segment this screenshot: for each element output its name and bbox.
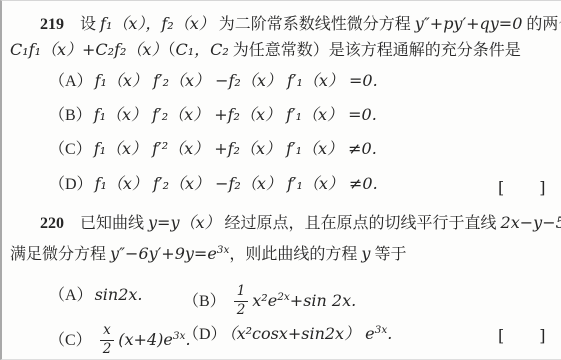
- option-a-formula: f₁（x） f′₂（x） −f₂（x） f′₁（x） =0.: [95, 73, 378, 90]
- answer-bracket-220: [ ]: [498, 323, 547, 346]
- option-d-formula: f₁（x） f′₂（x） −f₂（x） f′₁（x） ≠0.: [95, 176, 378, 193]
- option-c-label: （C）: [49, 141, 92, 158]
- problem-219-option-a: （A）f₁（x） f′₂（x） −f₂（x） f′₁（x） =0.: [49, 71, 378, 91]
- option-a-formula: sin2x.: [95, 287, 143, 304]
- option-d-formula: （x²cosx+sin2x） e3x.: [229, 326, 393, 343]
- document-page: 219 设 f₁（x），f₂（x） 为二阶常系数线性微分方程 y″+py′+qy…: [0, 0, 561, 360]
- option-b-label: （B）: [183, 293, 226, 310]
- problem-220-option-d: （D）（x²cosx+sin2x） e3x.: [183, 324, 392, 344]
- option-d-label: （D）: [49, 176, 93, 193]
- option-a-label: （A）: [49, 287, 93, 304]
- problem-220-option-b: （B）12x²e2x+sin 2x.: [183, 285, 356, 319]
- problem-219-option-b: （B）f₁（x） f′₂（x） +f₂（x） f′₁（x） =0.: [49, 105, 377, 125]
- problem-219-option-d: （D）f₁（x） f′₂（x） −f₂（x） f′₁（x） ≠0.: [49, 174, 378, 194]
- answer-bracket-219: [ ]: [498, 175, 547, 198]
- option-d-label: （D）: [183, 326, 227, 343]
- option-c-formula: f₁（x） f′²（x） +f₂（x） f′₁（x） ≠0.: [94, 141, 377, 158]
- problem-219-stem-line-1: 219 设 f₁（x），f₂（x） 为二阶常系数线性微分方程 y″+py′+qy…: [40, 14, 561, 34]
- problem-219-stem-line-2: C₁f₁（x）+C₂f₂（x）（C₁，C₂ 为任意常数）是该方程通解的充分条件是: [10, 40, 521, 60]
- problem-219-option-c: （C）f₁（x） f′²（x） +f₂（x） f′₁（x） ≠0.: [49, 139, 377, 159]
- option-a-label: （A）: [49, 73, 93, 90]
- problem-220-option-a: （A）sin2x.: [49, 285, 142, 305]
- problem-220-option-c: （C）x2(x+4)e3x.: [49, 324, 191, 358]
- option-b-formula: 12x²e2x+sin 2x.: [228, 293, 357, 310]
- option-c-formula: x2(x+4)e3x.: [94, 332, 191, 349]
- option-b-label: （B）: [49, 107, 92, 124]
- option-b-formula: f₁（x） f′₂（x） +f₂（x） f′₁（x） =0.: [94, 107, 377, 124]
- option-c-label: （C）: [49, 332, 92, 349]
- problem-220-stem-line-1: 220 已知曲线 y=y（x） 经过原点，且在原点的切线平行于直线 2x−y−5…: [40, 213, 561, 233]
- problem-220-stem-line-2: 满足微分方程 y″−6y′+9y=e3x，则此曲线的方程 y 等于: [10, 244, 406, 264]
